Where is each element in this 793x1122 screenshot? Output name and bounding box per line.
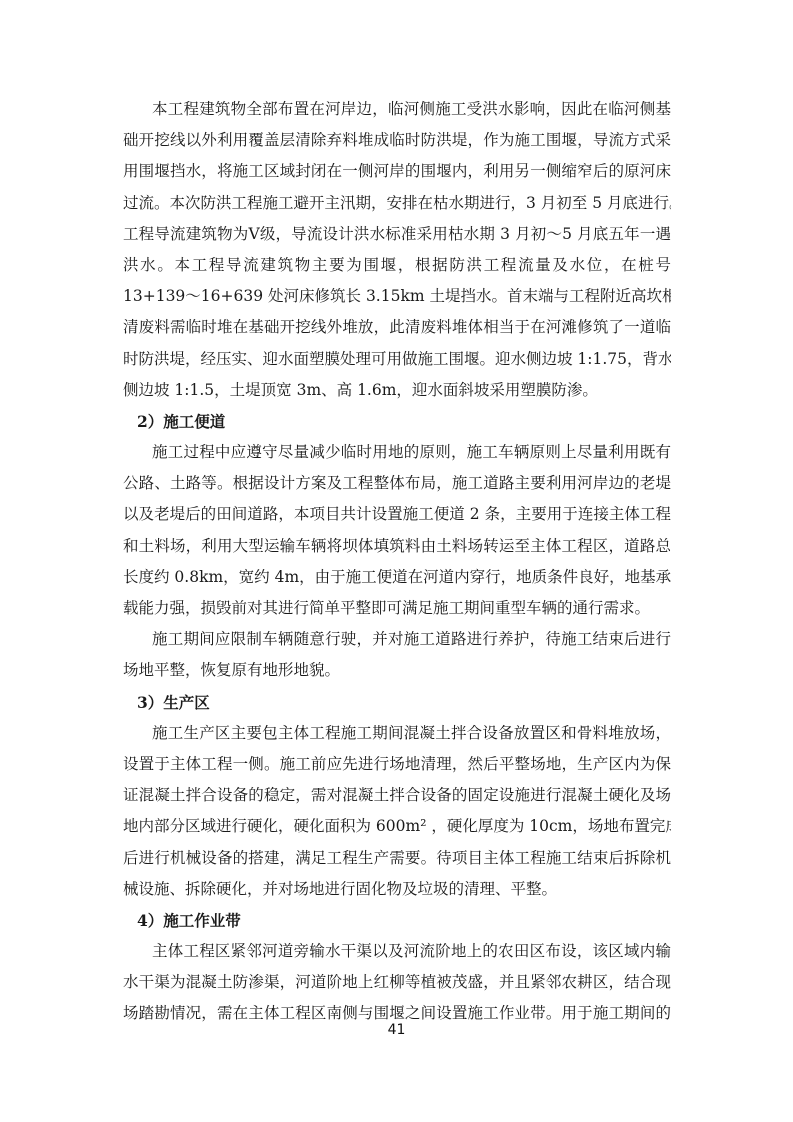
text-line: 载能力强，损毁前对其进行简单平整即可满足施工期间重型车辆的通行需求。 (123, 593, 671, 624)
text-line: 13+139～16+639 处河床修筑长 3.15km 土堤挡水。首末端与工程附… (123, 281, 671, 312)
text-line: 证混凝土拌合设备的稳定，需对混凝土拌合设备的固定设施进行混凝土硬化及场 (123, 780, 671, 811)
text-line: 时防洪堤，经压实、迎水面塑膜处理可用做施工围堰。迎水侧边坡 1:1.75，背水 (123, 344, 671, 375)
text-line: 地内部分区域进行硬化，硬化面积为 600m² ，硬化厚度为 10cm，场地布置完… (123, 811, 671, 842)
page-number: 41 (0, 1022, 793, 1038)
text-line: 洪水。本工程导流建筑物主要为围堰，根据防洪工程流量及水位，在桩号 (123, 250, 671, 281)
text-line: 用围堰挡水，将施工区域封闭在一侧河岸的围堰内，利用另一侧缩窄后的原河床 (123, 156, 671, 187)
text-line: 础开挖线以外利用覆盖层清除弃料堆成临时防洪堤，作为施工围堰，导流方式采 (123, 125, 671, 156)
section-heading-production-area: 3）生产区 (123, 687, 671, 718)
text-line: 施工期间应限制车辆随意行驶，并对施工道路进行养护，待施工结束后进行 (123, 624, 671, 655)
text-line: 长度约 0.8km，宽约 4m，由于施工便道在河道内穿行，地质条件良好，地基承 (123, 562, 671, 593)
text-line: 过流。本次防洪工程施工避开主汛期，安排在枯水期进行，3 月初至 5 月底进行。 (123, 188, 671, 219)
text-line: 场地平整，恢复原有地形地貌。 (123, 655, 671, 686)
text-line: 设置于主体工程一侧。施工前应先进行场地清理，然后平整场地，生产区内为保 (123, 749, 671, 780)
paragraph-cofferdam: 本工程建筑物全部布置在河岸边，临河侧施工受洪水影响，因此在临河侧基 础开挖线以外… (123, 94, 671, 406)
text-line: 和土料场，利用大型运输车辆将坝体填筑料由土料场转运至主体工程区，道路总 (123, 531, 671, 562)
text-line: 公路、土路等。根据设计方案及工程整体布局，施工道路主要利用河岸边的老堤 (123, 468, 671, 499)
text-line: 施工过程中应遵守尽量减少临时用地的原则，施工车辆原则上尽量利用既有 (123, 437, 671, 468)
document-page: 本工程建筑物全部布置在河岸边，临河侧施工受洪水影响，因此在临河侧基 础开挖线以外… (123, 94, 671, 1030)
paragraph-production-area: 施工生产区主要包主体工程施工期间混凝土拌合设备放置区和骨料堆放场， 设置于主体工… (123, 718, 671, 905)
text-line: 水干渠为混凝土防渗渠，河道阶地上红柳等植被茂盛，并且紧邻农耕区，结合现 (123, 967, 671, 998)
paragraph-construction-road: 施工过程中应遵守尽量减少临时用地的原则，施工车辆原则上尽量利用既有 公路、土路等… (123, 437, 671, 624)
text-line: 施工生产区主要包主体工程施工期间混凝土拌合设备放置区和骨料堆放场， (123, 718, 671, 749)
text-line: 械设施、拆除硬化，并对场地进行固化物及垃圾的清理、平整。 (123, 874, 671, 905)
text-line: 后进行机械设备的搭建，满足工程生产需要。待项目主体工程施工结束后拆除机 (123, 843, 671, 874)
paragraph-work-belt: 主体工程区紧邻河道旁输水干渠以及河流阶地上的农田区布设，该区域内输 水干渠为混凝… (123, 936, 671, 1030)
text-line: 以及老堤后的田间道路，本项目共计设置施工便道 2 条，主要用于连接主体工程 (123, 499, 671, 530)
text-line: 本工程建筑物全部布置在河岸边，临河侧施工受洪水影响，因此在临河侧基 (123, 94, 671, 125)
text-line: 主体工程区紧邻河道旁输水干渠以及河流阶地上的农田区布设，该区域内输 (123, 936, 671, 967)
section-heading-construction-road: 2）施工便道 (123, 406, 671, 437)
text-line: 侧边坡 1:1.5，土堤顶宽 3m、高 1.6m，迎水面斜坡采用塑膜防渗。 (123, 375, 671, 406)
section-heading-work-belt: 4）施工作业带 (123, 905, 671, 936)
text-line: 工程导流建筑物为Ⅴ级，导流设计洪水标准采用枯水期 3 月初～5 月底五年一遇 (123, 219, 671, 250)
text-line: 清废料需临时堆在基础开挖线外堆放，此清废料堆体相当于在河滩修筑了一道临 (123, 312, 671, 343)
paragraph-vehicle-restriction: 施工期间应限制车辆随意行驶，并对施工道路进行养护，待施工结束后进行 场地平整，恢… (123, 624, 671, 686)
